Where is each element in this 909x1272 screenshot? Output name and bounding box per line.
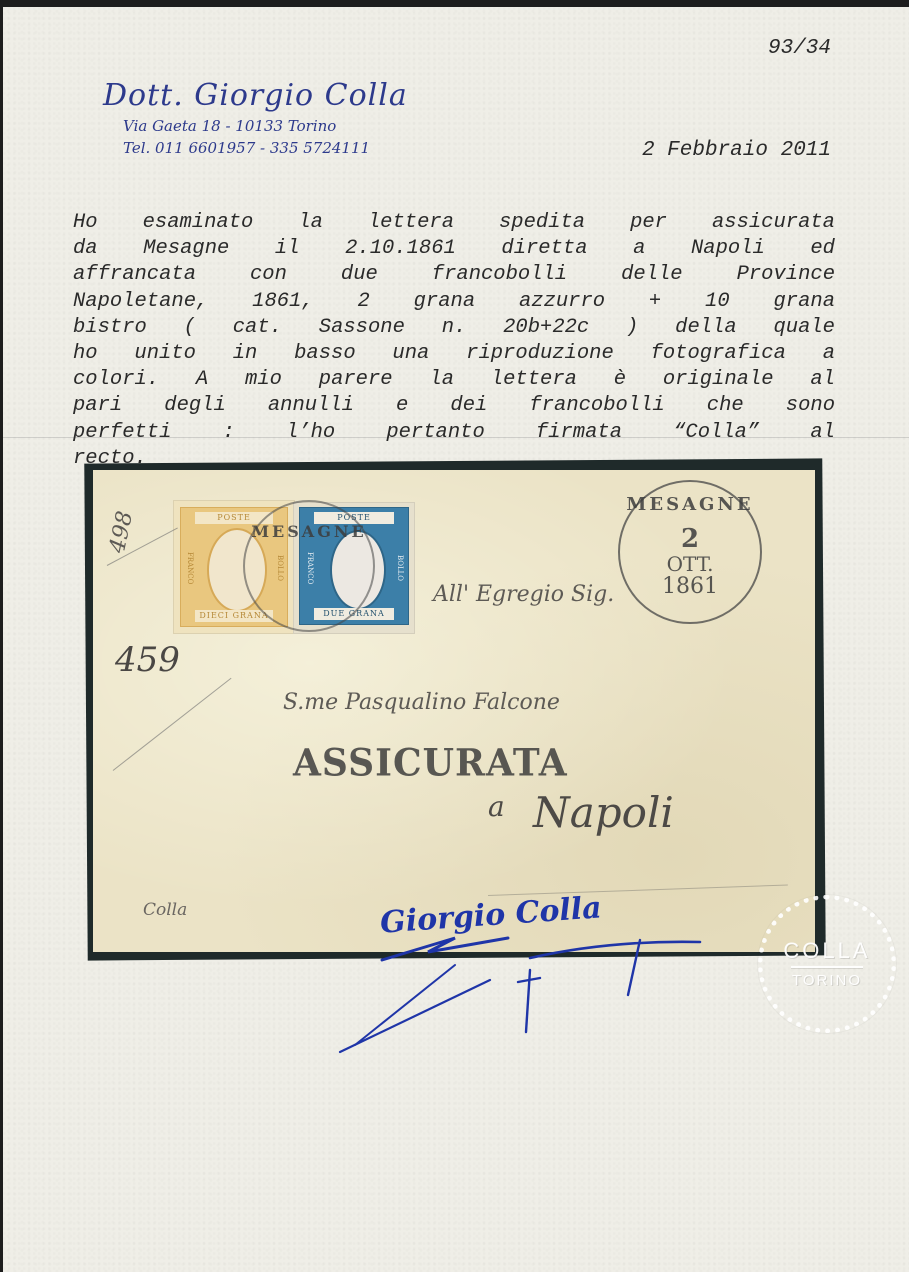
assicurata-handstamp: ASSICURATA: [293, 741, 568, 785]
body-line: affrancata con due francobolli delle Pro…: [73, 262, 835, 288]
seal-line-2: TORINO: [763, 972, 891, 989]
postmark-day: 2: [620, 524, 760, 554]
certificate-date: 2 Febbraio 2011: [642, 139, 831, 162]
address-line-2: S.me Pasqualino Falcone: [283, 690, 560, 715]
body-line: Napoletane, 1861, 2 grana azzurro + 10 g…: [73, 289, 835, 315]
pencil-stroke: [113, 678, 232, 771]
postmark-town: MESAGNE: [620, 494, 760, 515]
seal-line-1: COLLA: [763, 938, 891, 964]
city-prefix: a: [488, 790, 505, 823]
body-line: perfetti : l’ho pertanto firmata “Colla”…: [73, 420, 835, 446]
postmark-town: MESAGNE: [245, 522, 373, 541]
body-line: bistro ( cat. Sassone n. 20b+22c ) della…: [73, 315, 835, 341]
letterhead-phone: Tel. 011 6601957 - 335 5724111: [103, 137, 433, 159]
pencil-signature: Colla: [143, 900, 187, 920]
address-line-1: All' Egregio Sig.: [433, 582, 614, 607]
letterhead-name: Dott. Giorgio Colla: [103, 77, 433, 115]
stamp-left-label: FRANCO: [184, 538, 194, 598]
body-line: ho unito in basso una riproduzione fotog…: [73, 341, 835, 367]
docket-number-left: 459: [115, 640, 180, 680]
letterhead-address: Via Gaeta 18 - 10133 Torino: [103, 115, 433, 137]
embossed-seal: COLLA TORINO: [758, 895, 896, 1033]
stamp-right-label: BOLLO: [394, 538, 404, 598]
postmark-year: 1861: [620, 574, 760, 599]
reference-number: 93/34: [768, 37, 831, 60]
body-line: colori. A mio parere la lettera è origin…: [73, 367, 835, 393]
seal-rule: [791, 966, 863, 968]
letterhead: Dott. Giorgio Colla Via Gaeta 18 - 10133…: [103, 77, 433, 159]
certificate-body: Ho esaminato la lettera spedita per assi…: [73, 210, 835, 472]
docket-number-top: 498: [105, 509, 138, 555]
body-line: Ho esaminato la lettera spedita per assi…: [73, 210, 835, 236]
body-line: pari degli annulli e dei francobolli che…: [73, 393, 835, 419]
postmark-month: OTT.: [620, 552, 760, 576]
body-line: da Mesagne il 2.10.1861 diretta a Napoli…: [73, 236, 835, 262]
postmark-on-stamps: MESAGNE: [243, 500, 375, 632]
postmark-mesagne: MESAGNE 2 OTT. 1861: [618, 480, 762, 624]
destination-city: Napoli: [533, 788, 674, 837]
